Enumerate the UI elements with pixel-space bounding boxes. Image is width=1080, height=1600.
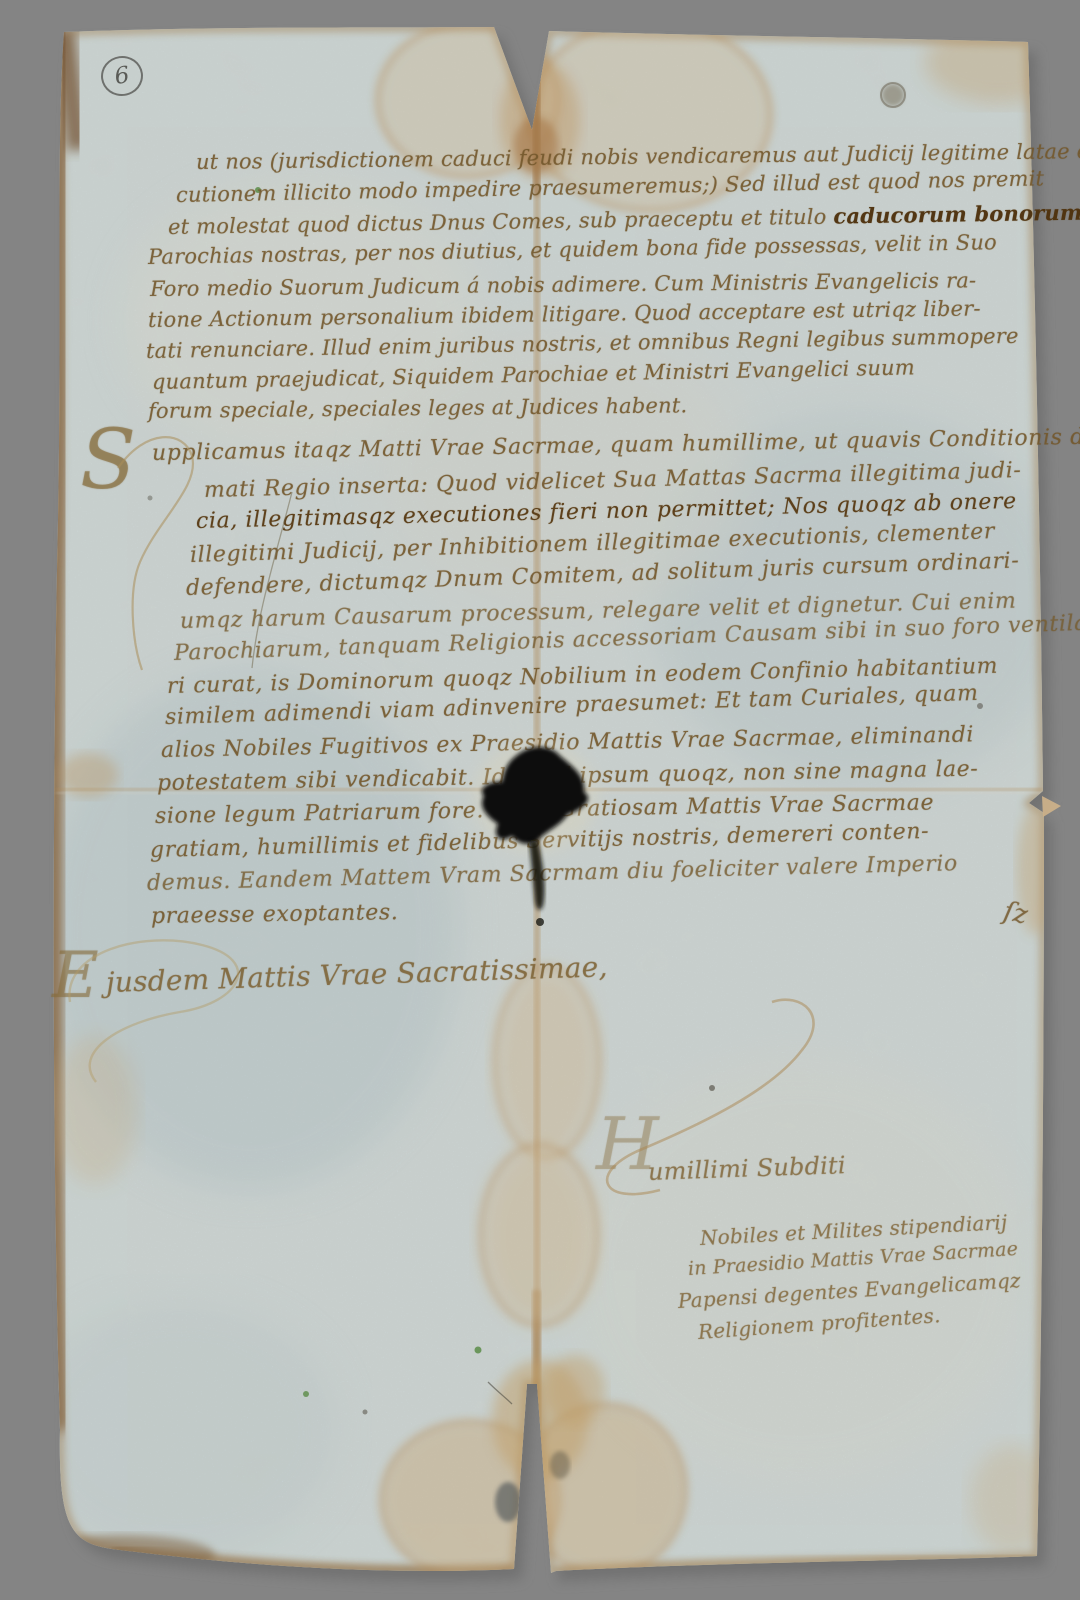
ink-hole-and-flourishes xyxy=(0,0,1080,1600)
margin-pen-stroke xyxy=(252,492,292,668)
signature-flourish xyxy=(607,1000,813,1194)
initial-flourish xyxy=(118,437,193,670)
ink-speck xyxy=(536,918,544,926)
closing-flourish xyxy=(69,940,238,1082)
manuscript-photo: 6 ut nos (jurisdictionem caduci feudi no… xyxy=(0,0,1080,1600)
